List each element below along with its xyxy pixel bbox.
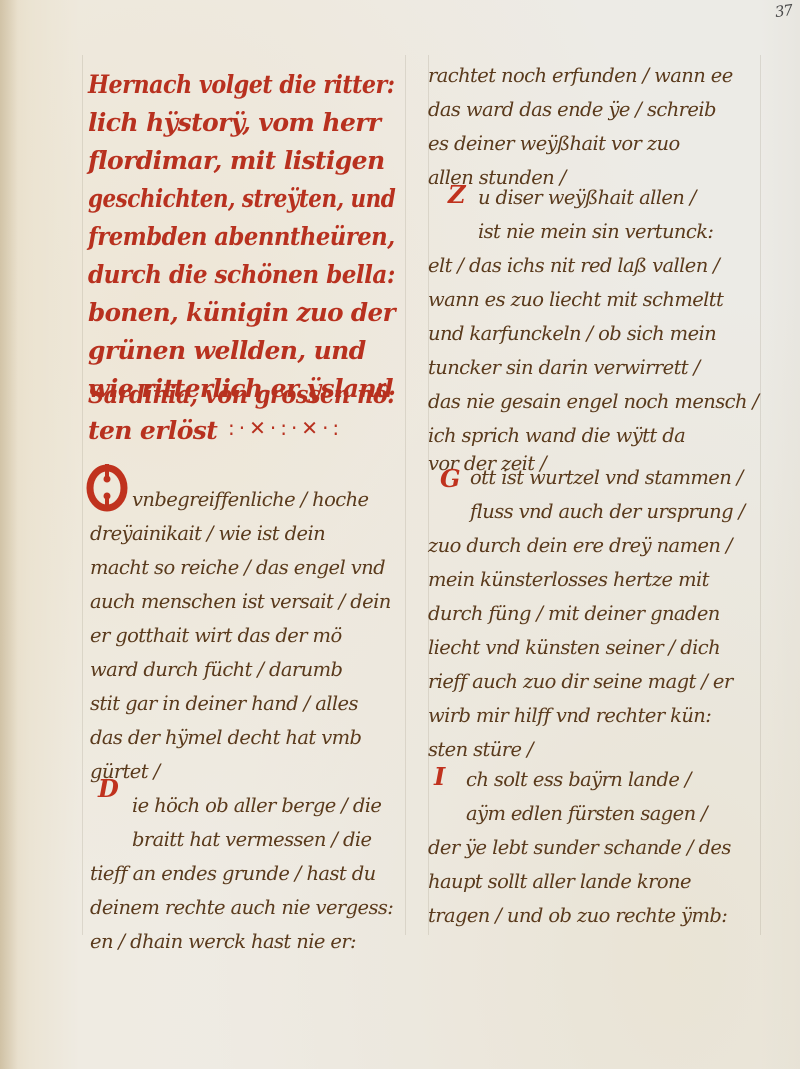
column-divider-ruling-left [405,55,406,935]
rubric-line: geschichten, streÿten, und [88,184,395,213]
rubric-line-9: Sardinia, von grossen nö: [88,380,395,409]
rubric-line: frembden abenntheüren, [88,222,395,251]
text-line: durch füng / mit deiner gnaden [428,602,720,625]
text-line: fluss vnd auch der ursprung / [470,500,745,523]
text-line: rachtet noch erfunden / wann ee [428,64,733,87]
text-line: dreÿainikait / wie ist dein [90,522,325,545]
text-line: das nie gesain engel noch mensch / [428,390,758,413]
text-line: wirb mir hilff vnd rechter kün: [428,704,711,727]
text-line: das der hÿmel decht hat vmb [90,726,361,749]
text-line: mein künsterlosses hertze mit [428,568,709,591]
text-line: das ward das ende ÿe / schreib [428,98,716,121]
text-line: liecht vnd künsten seiner / dich [428,636,720,659]
text-line: auch menschen ist versait / dein [90,590,391,613]
text-line: ott ist wurtzel vnd stammen / [470,466,743,489]
left-margin-ruling [82,55,83,935]
text-line: braitt hat vermessen / die [132,828,371,851]
rubric-line: grünen wellden, und [88,336,366,365]
text-line: deinem rechte auch nie vergess: [90,896,393,919]
rubric-line: Hernach volget die ritter: [88,70,394,99]
text-line: ich sprich wand die wÿtt da [428,424,685,447]
red-initial-d: D [98,774,119,803]
text-line: vnbegreiffenliche / hoche [132,488,369,511]
text-line: tragen / und ob zuo rechte ÿmb: [428,904,727,927]
text-line: u diser weÿßhait allen / [478,186,696,209]
red-initial-z: Z [448,180,466,209]
text-line: er gotthait wirt das der mö [90,624,342,647]
text-line: zuo durch dein ere dreÿ namen / [428,534,732,557]
text-line: es deiner weÿßhait vor zuo [428,132,680,155]
text-line: tuncker sin darin verwirrett / [428,356,700,379]
rubric-line: lich hÿstorÿ, vom herr [88,108,380,137]
rubric-ornament: :·✕·:·✕·: [228,416,343,440]
text-line: sten stüre / [428,738,533,761]
text-line: ch solt ess baÿrn lande / [466,768,691,791]
text-line: aÿm edlen fürsten sagen / [466,802,707,825]
text-line: rieff auch zuo dir seine magt / er [428,670,733,693]
text-line: wann es zuo liecht mit schmeltt [428,288,723,311]
text-line: haupt sollt aller lande krone [428,870,691,893]
text-line: und karfunckeln / ob sich mein [428,322,716,345]
red-initial-g: G [440,464,461,493]
right-margin-ruling [760,55,761,935]
folio-number: 37 [774,1,793,21]
rubric-line: bonen, künigin zuo der [88,298,395,327]
rubric-line-10: ten erlöst [88,416,217,445]
rubric-line: flordimar, mit listigen [88,146,385,175]
rubric-line: durch die schönen bella: [88,260,395,289]
text-line: tieff an endes grunde / hast du [90,862,376,885]
text-line: en / dhain werck hast nie er: [90,930,356,953]
text-line: ist nie mein sin vertunck: [478,220,713,243]
text-line: ward durch fücht / darumb [90,658,342,681]
text-line: der ÿe lebt sunder schande / des [428,836,731,859]
text-line: macht so reiche / das engel vnd [90,556,385,579]
text-line: ie höch ob aller berge / die [132,794,381,817]
manuscript-page: 37 Hernach volget die ritter: lich hÿsto… [0,0,800,1069]
text-line: elt / das ichs nit red laß vallen / [428,254,719,277]
text-line: stit gar in deiner hand / alles [90,692,358,715]
binding-gutter-shadow [0,0,18,1069]
red-initial-i: I [434,762,445,791]
decorated-initial-o-icon [86,462,128,512]
